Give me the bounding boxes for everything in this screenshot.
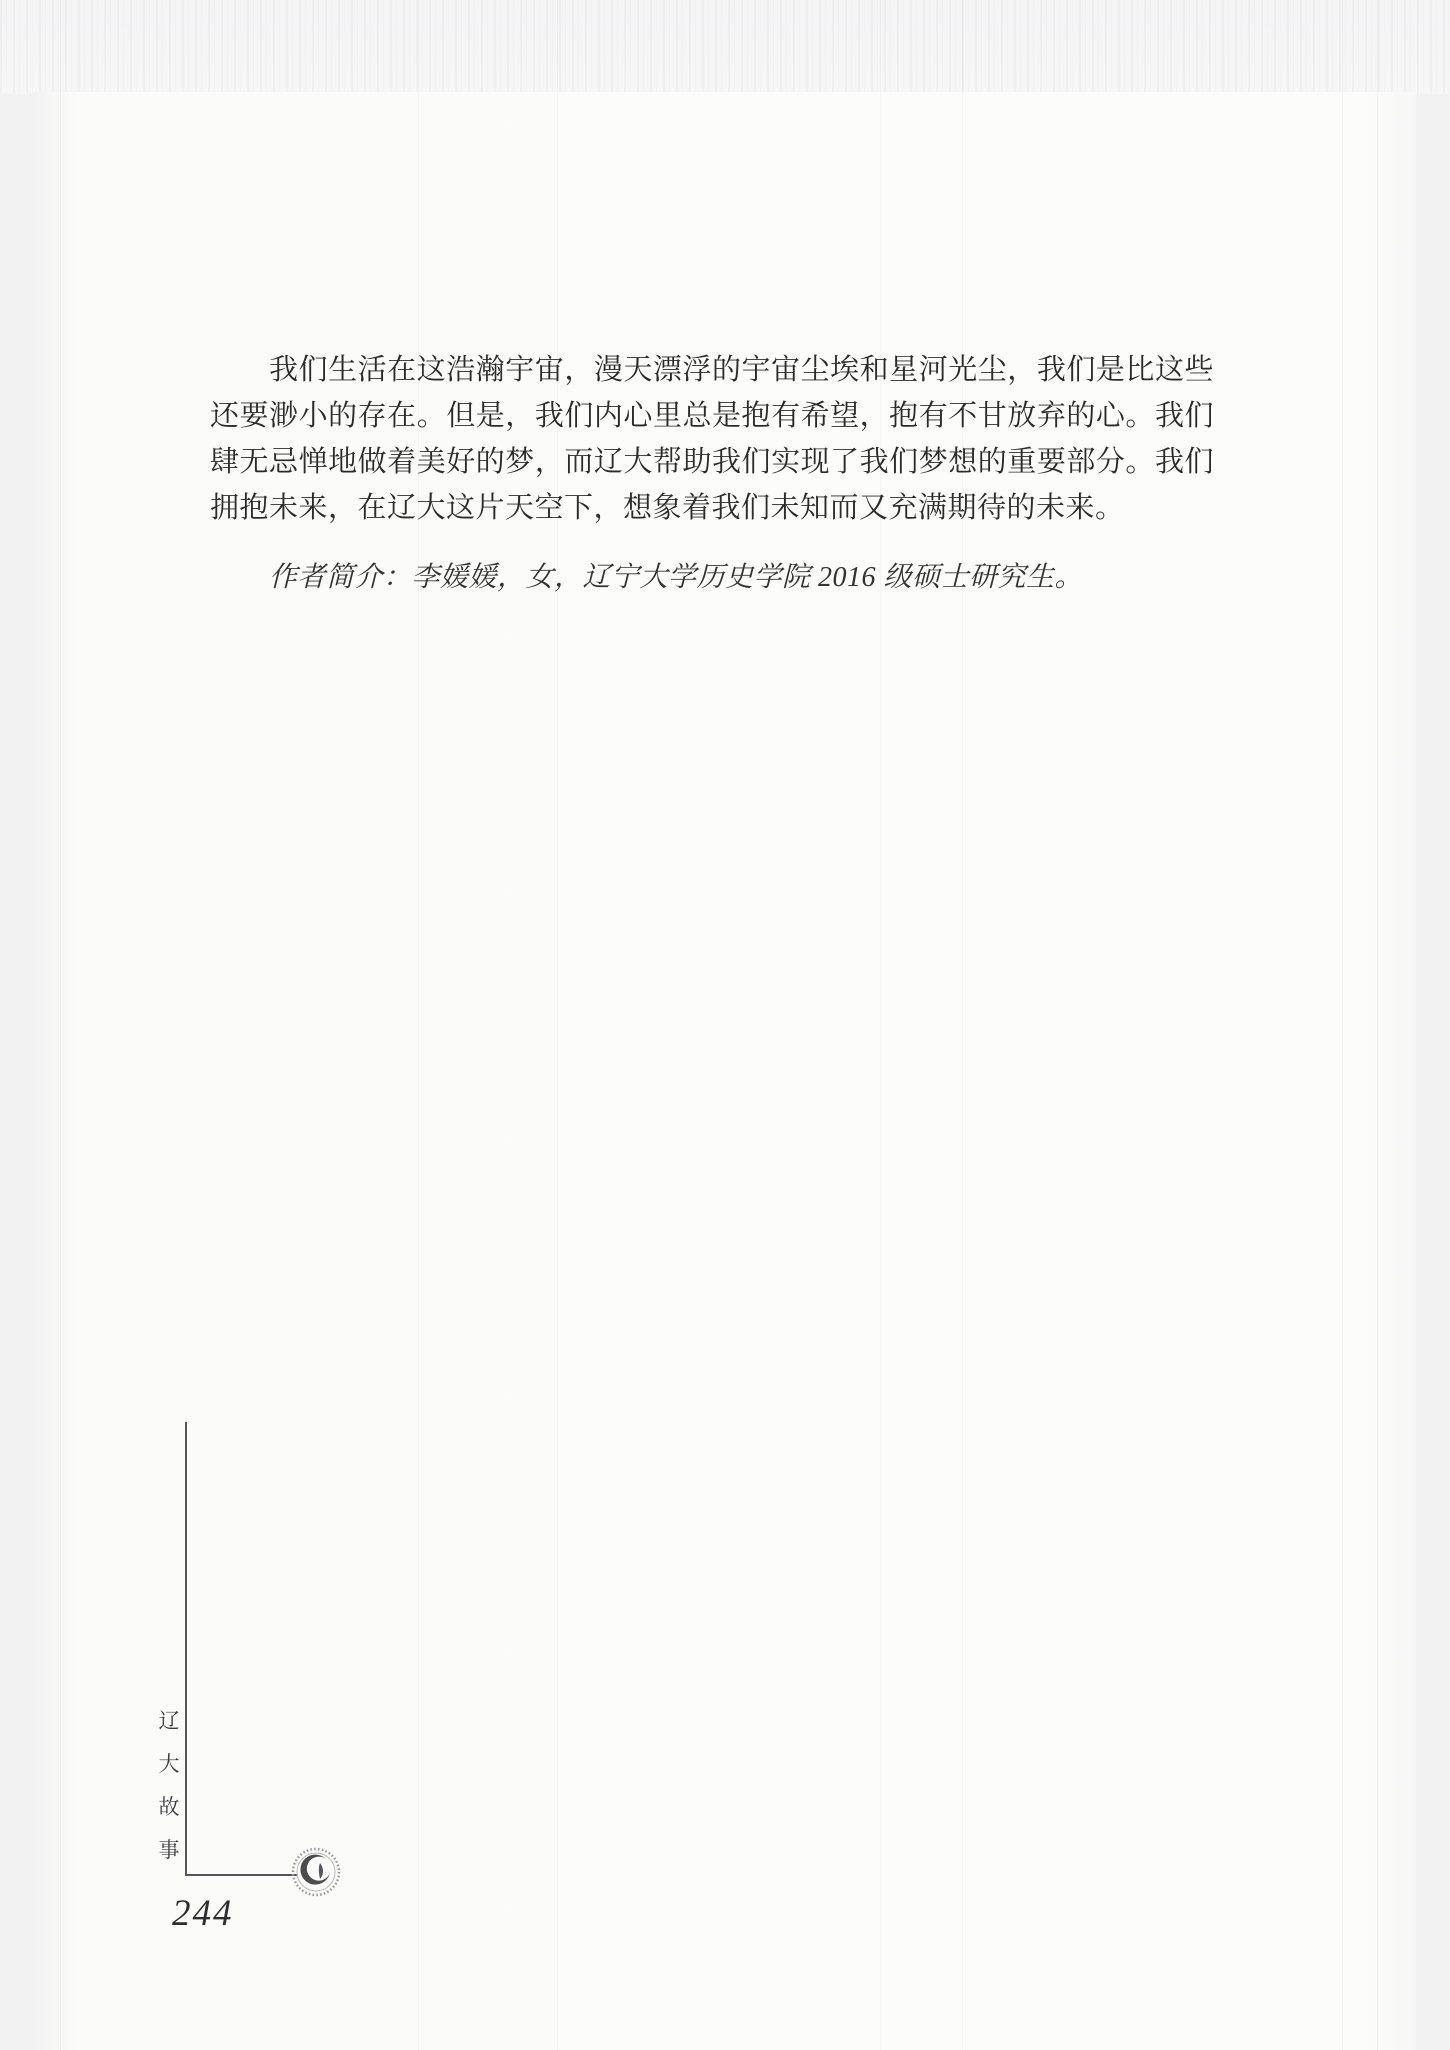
university-seal-icon: [290, 1846, 342, 1898]
margin-horizontal-rule: [185, 1874, 297, 1876]
series-title-vertical: 辽 大 故 事: [156, 1700, 182, 1872]
paragraph-line: 还要渺小的存在。但是，我们内心里总是抱有希望，抱有不甘放弃的心。我们: [210, 393, 1214, 439]
series-title-char: 故: [159, 1786, 180, 1829]
series-title-char: 大: [159, 1743, 180, 1786]
series-title-char: 事: [159, 1829, 180, 1872]
paragraph-line: 我们生活在这浩瀚宇宙，漫天漂浮的宇宙尘埃和星河光尘，我们是比这些: [210, 347, 1214, 393]
margin-vertical-rule: [185, 1422, 187, 1876]
page-number: 244: [172, 1892, 234, 1935]
paragraph-line: 拥抱未来，在辽大这片天空下，想象着我们未知而又充满期待的未来。: [210, 485, 1214, 531]
paragraph-line: 肆无忌惮地做着美好的梦，而辽大帮助我们实现了我们梦想的重要部分。我们: [210, 439, 1214, 485]
scan-edge-band: [0, 0, 1450, 94]
author-bio-line: 作者简介：李媛媛，女，辽宁大学历史学院 2016 级硕士研究生。: [210, 556, 1214, 600]
book-page-sheet: 我们生活在这浩瀚宇宙，漫天漂浮的宇宙尘埃和星河光尘，我们是比这些 还要渺小的存在…: [32, 92, 1416, 2050]
scanned-book-page: 我们生活在这浩瀚宇宙，漫天漂浮的宇宙尘埃和星河光尘，我们是比这些 还要渺小的存在…: [0, 0, 1450, 2050]
body-paragraph: 我们生活在这浩瀚宇宙，漫天漂浮的宇宙尘埃和星河光尘，我们是比这些 还要渺小的存在…: [210, 347, 1214, 531]
series-title-char: 辽: [159, 1700, 180, 1743]
